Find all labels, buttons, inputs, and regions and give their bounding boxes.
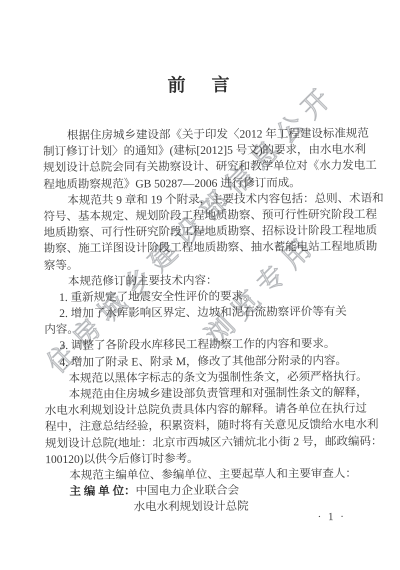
text-line: 4. 增加了附录 E、附录 M，修改了其他部分附录的内容。	[44, 352, 362, 370]
page-number: · 1 ·	[318, 511, 346, 523]
text-line: 规划设计总院(地址：北京市西城区六铺炕北小街 2 号，邮政编码：	[45, 433, 363, 451]
chief-editor-value: 中国电力企业联合会	[136, 485, 240, 498]
text-line: 3. 调整了各阶段水库移民工程勘察工作的内容和要求。	[44, 336, 362, 354]
preface-document: 前 言 根据住房城乡建设部《关于印发〈2012 年工程建设标准规范制订修订计划〉…	[0, 0, 400, 570]
text-line: 水电水利规划设计总院	[45, 498, 363, 516]
text-line: 程中，注意总结经验，积累资料，随时将有关意见反馈给水电水利	[45, 417, 363, 435]
document-page: 住房城乡建设部信息公开 浏览专用 前 言 根据住房城乡建设部《关于印发〈2012…	[0, 0, 400, 570]
chief-editor-label: 主 编 单 位：	[69, 486, 135, 498]
text-line: 规划设计总院会同有关勘察设计、研究和教学单位对《水力发电工	[43, 158, 361, 176]
preface-body: 根据住房城乡建设部《关于印发〈2012 年工程建设标准规范制订修订计划〉的通知》…	[43, 126, 364, 517]
text-line: 本规范主编单位、参编单位、主要起草人和主要审查人：	[45, 466, 363, 484]
text-line: 2. 增加了水库影响区界定、边坡和泥石流勘察评价等有关	[44, 304, 362, 322]
page-title: 前 言	[43, 70, 359, 98]
text-line: 勘察、施工详图设计阶段工程地质勘察、抽水蓄能电站工程地质勘	[44, 239, 362, 257]
